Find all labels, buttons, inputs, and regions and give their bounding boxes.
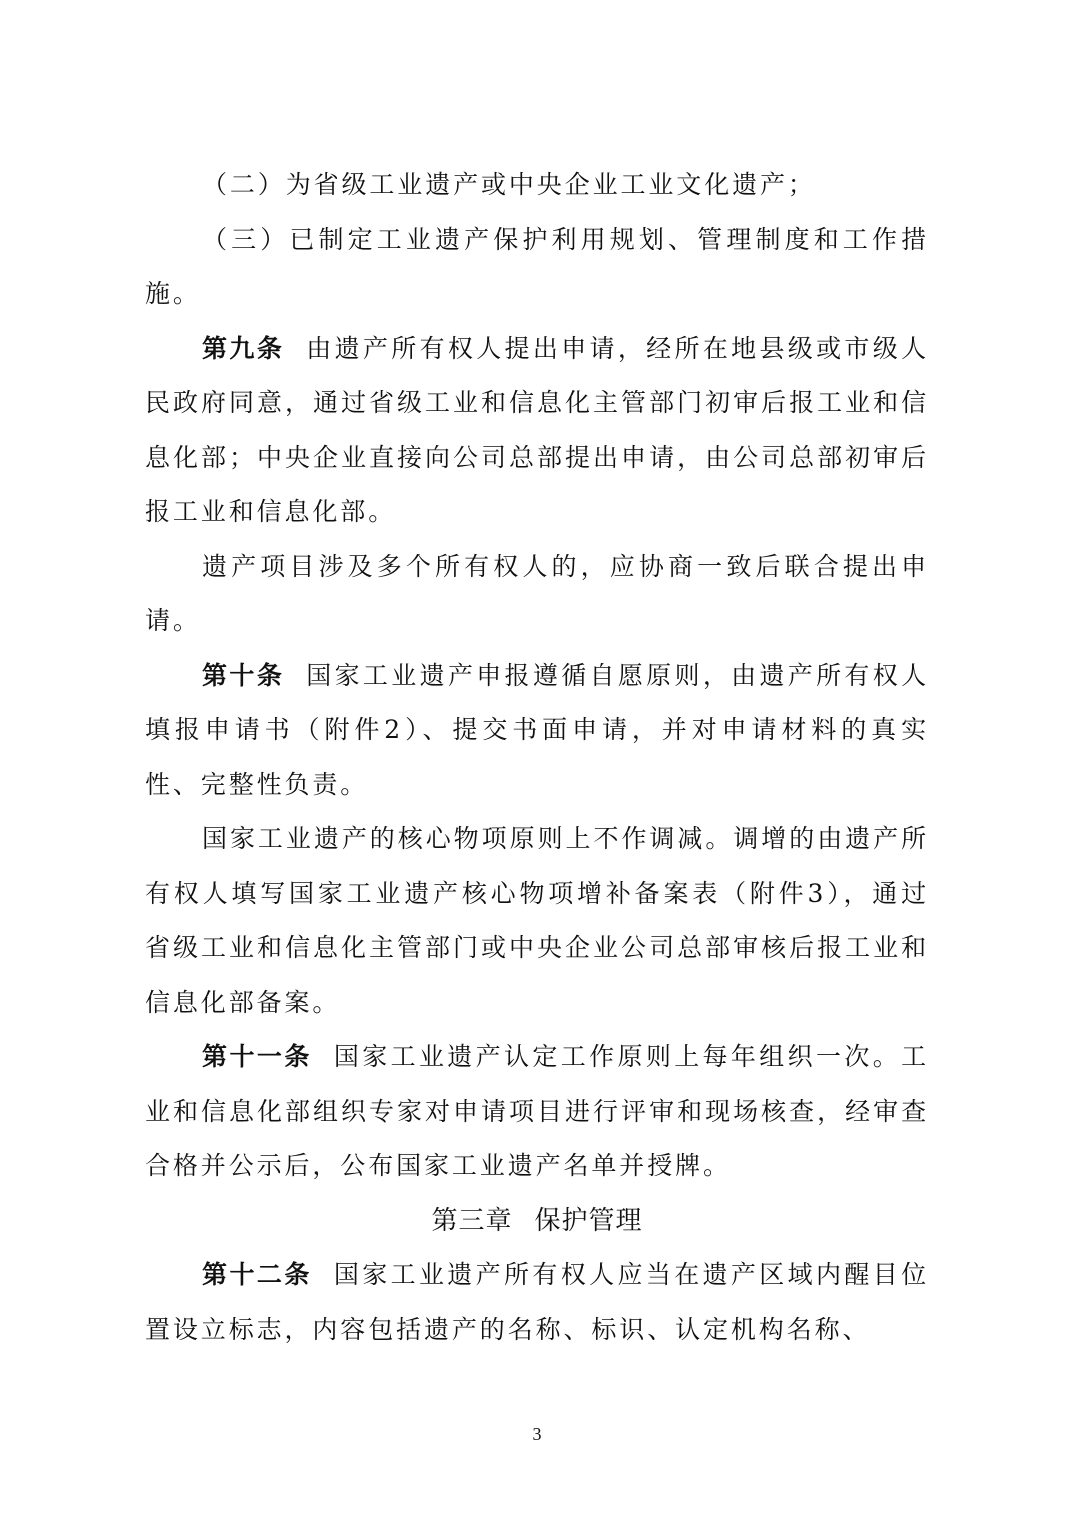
article-label: 第九条 <box>202 334 284 363</box>
page-number: 3 <box>0 1424 1074 1445</box>
paragraph-item-3: （三）已制定工业遗产保护利用规划、管理制度和工作措施。 <box>145 213 929 322</box>
article-11: 第十一条国家工业遗产认定工作原则上每年组织一次。工业和信息化部组织专家对申请项目… <box>145 1030 929 1194</box>
paragraph-item-2: （二）为省级工业遗产或中央企业工业文化遗产； <box>145 158 929 213</box>
article-label: 第十二条 <box>202 1260 312 1289</box>
article-9: 第九条由遗产所有权人提出申请，经所在地县级或市级人民政府同意，通过省级工业和信息… <box>145 322 929 540</box>
chapter-number: 第三章 <box>431 1206 512 1236</box>
article-12: 第十二条国家工业遗产所有权人应当在遗产区域内醒目位置设立标志，内容包括遗产的名称… <box>145 1248 929 1357</box>
chapter-heading: 第三章保护管理 <box>145 1194 929 1249</box>
article-label: 第十一条 <box>202 1042 312 1071</box>
paragraph-core-items: 国家工业遗产的核心物项原则上不作调减。调增的由遗产所有权人填写国家工业遗产核心物… <box>145 812 929 1030</box>
article-10: 第十条国家工业遗产申报遵循自愿原则，由遗产所有权人填报申请书（附件2）、提交书面… <box>145 649 929 813</box>
article-label: 第十条 <box>202 661 284 690</box>
paragraph-joint-application: 遗产项目涉及多个所有权人的，应协商一致后联合提出申请。 <box>145 540 929 649</box>
chapter-title: 保护管理 <box>535 1206 643 1236</box>
document-page: （二）为省级工业遗产或中央企业工业文化遗产； （三）已制定工业遗产保护利用规划、… <box>145 158 929 1357</box>
